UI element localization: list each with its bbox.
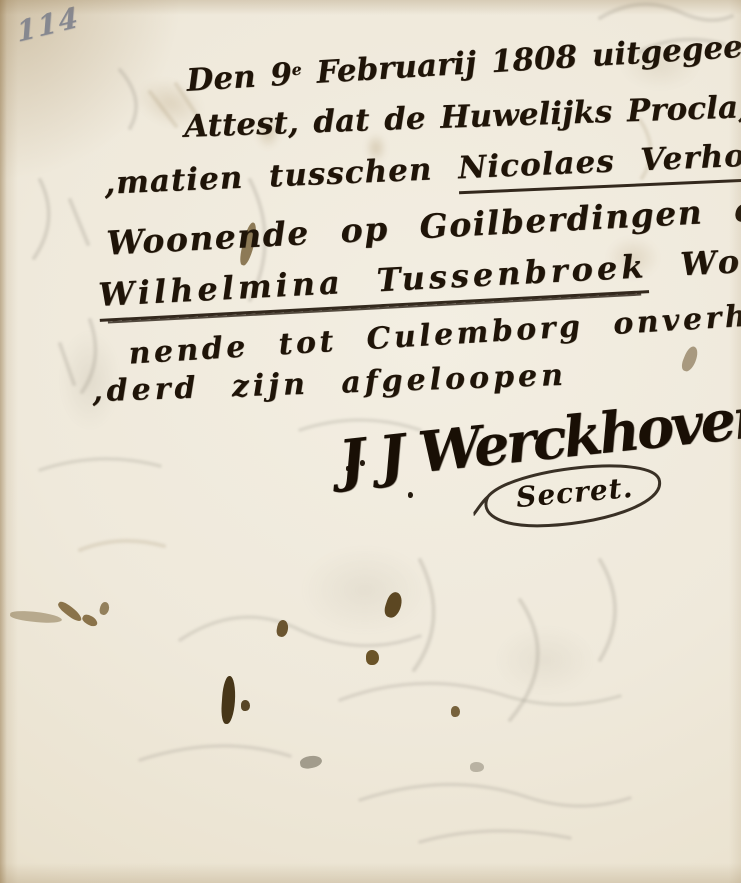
ink-blot: [366, 650, 379, 665]
stain: [300, 545, 430, 635]
manuscript-page: 114 Den 9e Februarij 1808 uitgegeeven At…: [0, 0, 741, 883]
ink-blot: [241, 700, 250, 711]
ink-blot: [408, 492, 413, 498]
stain: [495, 625, 595, 695]
ink-blot: [470, 762, 484, 772]
ink-blot: [451, 706, 460, 717]
line-1-text: Den 9: [185, 56, 293, 98]
line-5-text-cont: Woo,: [646, 240, 741, 285]
